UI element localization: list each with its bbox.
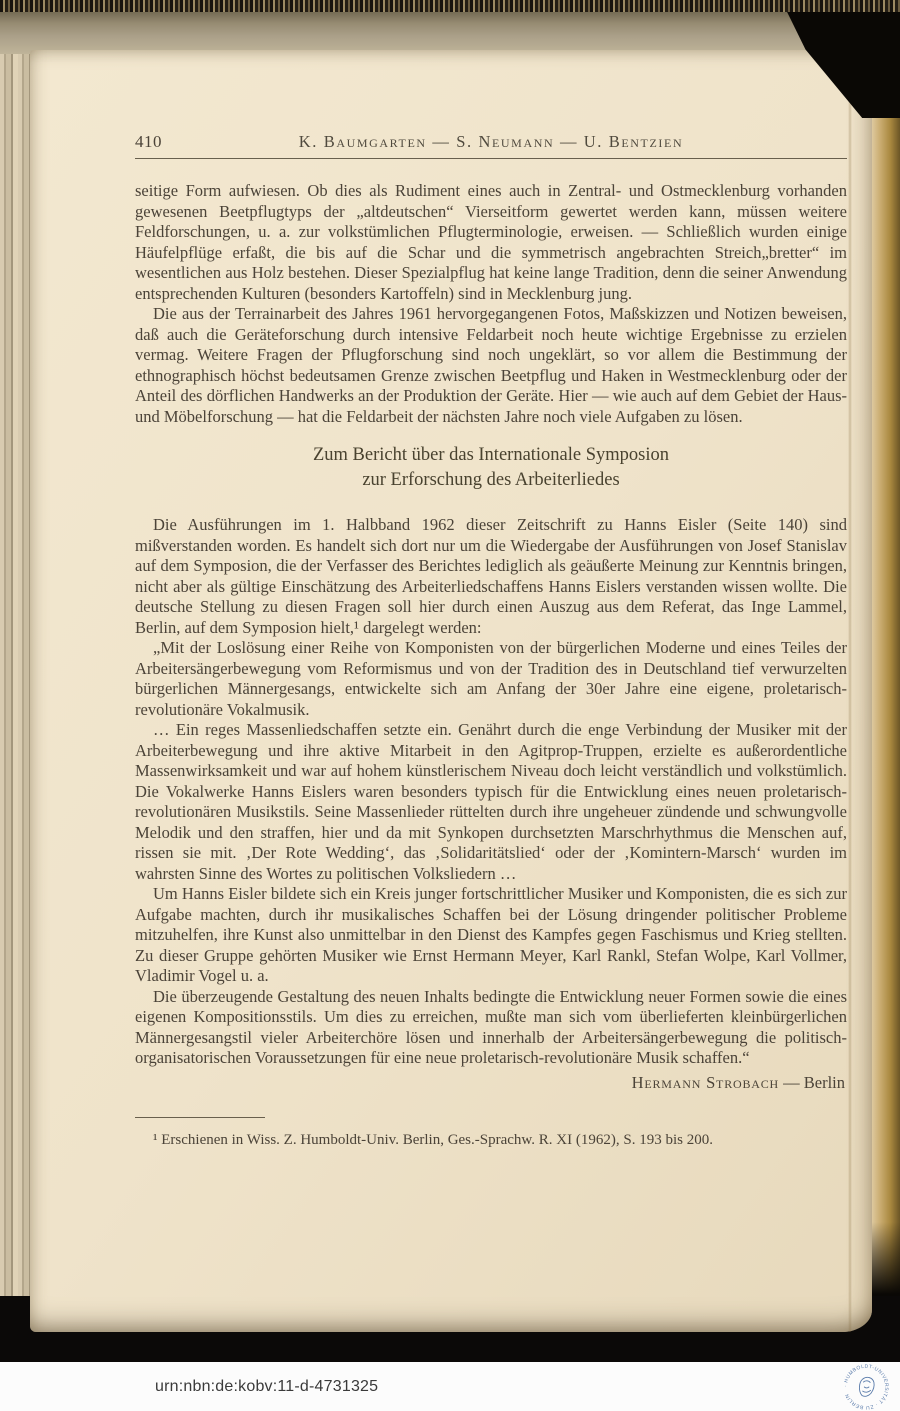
quote-paragraph: Um Hanns Eisler bildete sich ein Kreis j…: [135, 884, 847, 987]
stamp-portrait: [859, 1377, 874, 1396]
page-text-block: 410 K. Baumgarten — S. Neumann — U. Bent…: [135, 132, 847, 1150]
quote-paragraph: Die überzeugende Gestaltung des neuen In…: [135, 987, 847, 1069]
header-rule: [135, 158, 847, 159]
quote-paragraph: … Ein reges Massenliedschaffen setzte ei…: [135, 720, 847, 884]
author-name: Hermann Strobach: [632, 1073, 779, 1092]
page-header: 410 K. Baumgarten — S. Neumann — U. Bent…: [135, 132, 847, 152]
body-paragraph: Die aus der Terrainarbeit des Jahres 196…: [135, 304, 847, 427]
stamp-circular-text: · HUMBOLDT-UNIVERSITÄT · ZU BERLIN: [843, 1364, 889, 1410]
urn-label: urn:nbn:de:kobv:11-d-4731325: [155, 1378, 378, 1396]
book-scan-viewer: 410 K. Baumgarten — S. Neumann — U. Bent…: [0, 0, 900, 1411]
quote-paragraph: „Mit der Loslösung einer Reihe von Kompo…: [135, 638, 847, 720]
scanned-page: 410 K. Baumgarten — S. Neumann — U. Bent…: [30, 50, 872, 1332]
book-headband-pattern: [0, 0, 900, 12]
article-title-line2: zur Erforschung des Arbeiterliedes: [135, 468, 847, 493]
humboldt-university-stamp-icon: · HUMBOLDT-UNIVERSITÄT · ZU BERLIN: [841, 1362, 891, 1411]
body-paragraph: seitige Form aufwiesen. Ob dies als Rudi…: [135, 181, 847, 304]
author-signature: Hermann Strobach — Berlin: [135, 1073, 847, 1093]
footnote-separator-rule: [135, 1117, 265, 1118]
footnote-text: ¹ Erschienen in Wiss. Z. Humboldt-Univ. …: [135, 1130, 847, 1150]
viewer-footer-bar: urn:nbn:de:kobv:11-d-4731325 · HUMBOLDT-…: [0, 1362, 900, 1411]
author-place: — Berlin: [783, 1073, 845, 1092]
page-stack-left-edge: [0, 10, 34, 1342]
article-title: Zum Bericht über das Internationale Symp…: [135, 443, 847, 493]
svg-text:· HUMBOLDT-UNIVERSITÄT · ZU BE: · HUMBOLDT-UNIVERSITÄT · ZU BERLIN: [843, 1364, 889, 1410]
page-number: 410: [135, 132, 207, 152]
running-header: K. Baumgarten — S. Neumann — U. Bentzien: [207, 132, 775, 152]
book-fore-edge: [868, 0, 900, 1342]
article-title-line1: Zum Bericht über das Internationale Symp…: [135, 443, 847, 468]
page-stack-top-edge: [0, 10, 900, 54]
body-paragraph: Die Ausführungen im 1. Halbband 1962 die…: [135, 515, 847, 638]
